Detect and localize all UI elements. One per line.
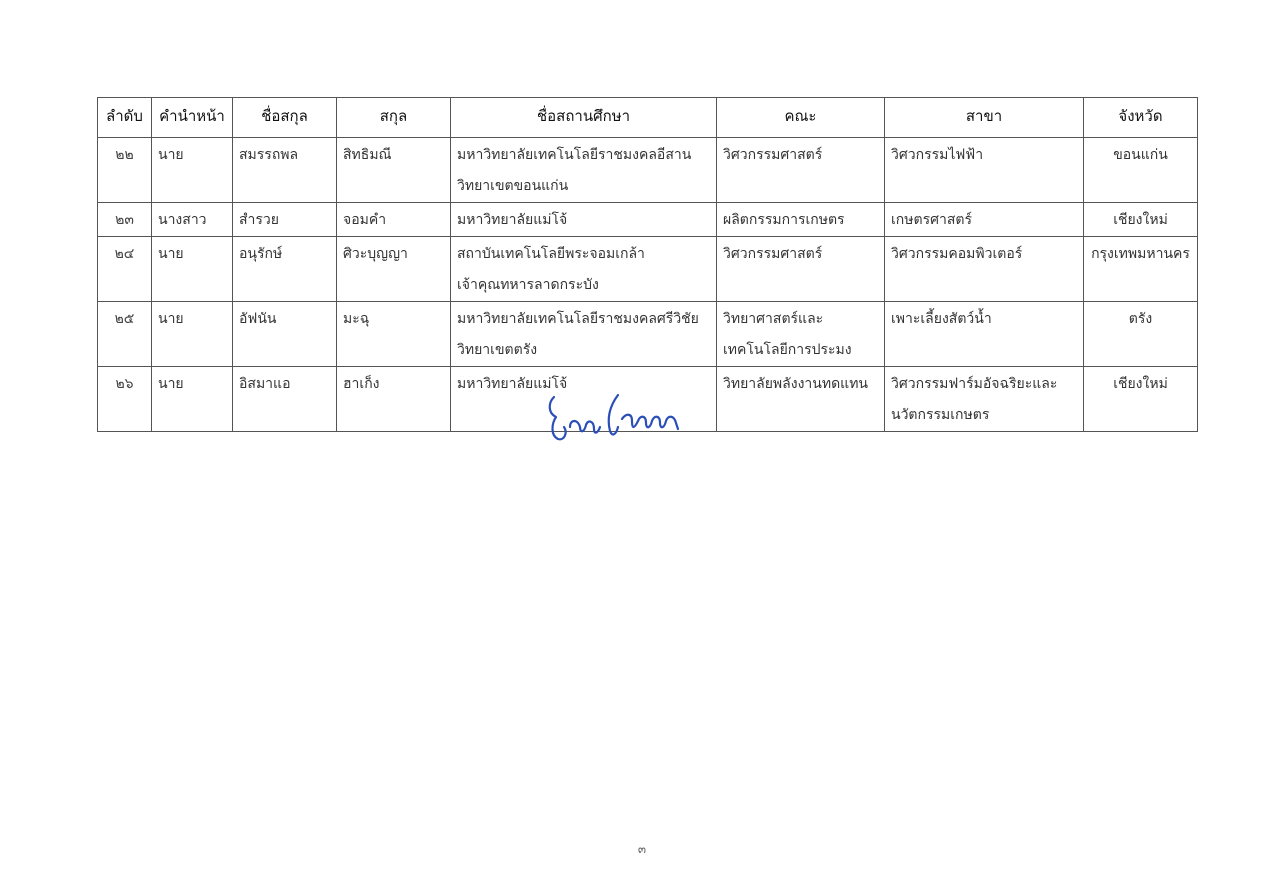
- cell-major: วิศวกรรมคอมพิวเตอร์: [885, 237, 1084, 302]
- cell-last-name: ฮาเก็ง: [337, 367, 451, 432]
- cell-province: ขอนแก่น: [1084, 138, 1198, 203]
- cell-first-name: อิสมาแอ: [233, 367, 337, 432]
- header-faculty: คณะ: [717, 98, 885, 138]
- cell-order: ๒๕: [98, 302, 152, 367]
- cell-institution: มหาวิทยาลัยแม่โจ้: [451, 203, 717, 237]
- cell-last-name: สิทธิมณี: [337, 138, 451, 203]
- major-line: วิศวกรรมคอมพิวเตอร์: [891, 239, 1077, 270]
- cell-prefix: นางสาว: [152, 203, 233, 237]
- cell-prefix: นาย: [152, 367, 233, 432]
- institution-line: เจ้าคุณทหารลาดกระบัง: [457, 270, 710, 301]
- table-row: ๒๔ นาย อนุรักษ์ ศิวะบุญญา สถาบันเทคโนโลย…: [98, 237, 1198, 302]
- header-province: จังหวัด: [1084, 98, 1198, 138]
- major-line: วิศวกรรมฟาร์มอัจฉริยะและ: [891, 369, 1077, 400]
- cell-order: ๒๔: [98, 237, 152, 302]
- cell-faculty: วิศวกรรมศาสตร์: [717, 237, 885, 302]
- cell-first-name: อนุรักษ์: [233, 237, 337, 302]
- cell-province: เชียงใหม่: [1084, 203, 1198, 237]
- header-last-name: สกุล: [337, 98, 451, 138]
- cell-faculty: ผลิตกรรมการเกษตร: [717, 203, 885, 237]
- table-row: ๒๓ นางสาว สำรวย จอมคำ มหาวิทยาลัยแม่โจ้ …: [98, 203, 1198, 237]
- faculty-line: วิศวกรรมศาสตร์: [723, 239, 878, 270]
- institution-line: วิทยาเขตขอนแก่น: [457, 171, 710, 202]
- cell-prefix: นาย: [152, 138, 233, 203]
- faculty-line: วิศวกรรมศาสตร์: [723, 140, 878, 171]
- cell-faculty: วิทยาลัยพลังงานทดแทน: [717, 367, 885, 432]
- faculty-line: เทคโนโลยีการประมง: [723, 335, 878, 366]
- header-major: สาขา: [885, 98, 1084, 138]
- institution-line: วิทยาเขตตรัง: [457, 335, 710, 366]
- handwritten-signature: [540, 383, 700, 453]
- cell-last-name: ศิวะบุญญา: [337, 237, 451, 302]
- cell-major: วิศวกรรมไฟฟ้า: [885, 138, 1084, 203]
- table-header-row: ลำดับ คำนำหน้า ชื่อสกุล สกุล ชื่อสถานศึก…: [98, 98, 1198, 138]
- cell-institution: สถาบันเทคโนโลยีพระจอมเกล้า เจ้าคุณทหารลา…: [451, 237, 717, 302]
- institution-line: มหาวิทยาลัยเทคโนโลยีราชมงคลศรีวิชัย: [457, 304, 710, 335]
- faculty-line: วิทยาศาสตร์และ: [723, 304, 878, 335]
- page-number: ๓: [630, 840, 654, 859]
- cell-province: เชียงใหม่: [1084, 367, 1198, 432]
- cell-last-name: มะฉุ: [337, 302, 451, 367]
- cell-institution: มหาวิทยาลัยเทคโนโลยีราชมงคลอีสาน วิทยาเข…: [451, 138, 717, 203]
- cell-faculty: วิศวกรรมศาสตร์: [717, 138, 885, 203]
- cell-first-name: สมรรถพล: [233, 138, 337, 203]
- faculty-line: ผลิตกรรมการเกษตร: [723, 205, 878, 236]
- cell-major: เพาะเลี้ยงสัตว์น้ำ: [885, 302, 1084, 367]
- cell-major: เกษตรศาสตร์: [885, 203, 1084, 237]
- table-row: ๒๕ นาย อัฟนัน มะฉุ มหาวิทยาลัยเทคโนโลยีร…: [98, 302, 1198, 367]
- cell-institution: มหาวิทยาลัยเทคโนโลยีราชมงคลศรีวิชัย วิทย…: [451, 302, 717, 367]
- institution-line: มหาวิทยาลัยเทคโนโลยีราชมงคลอีสาน: [457, 140, 710, 171]
- table-row: ๒๒ นาย สมรรถพล สิทธิมณี มหาวิทยาลัยเทคโน…: [98, 138, 1198, 203]
- student-list-table: ลำดับ คำนำหน้า ชื่อสกุล สกุล ชื่อสถานศึก…: [97, 97, 1198, 432]
- institution-line: สถาบันเทคโนโลยีพระจอมเกล้า: [457, 239, 710, 270]
- major-line: เพาะเลี้ยงสัตว์น้ำ: [891, 304, 1077, 335]
- major-line: นวัตกรรมเกษตร: [891, 400, 1077, 431]
- major-line: วิศวกรรมไฟฟ้า: [891, 140, 1077, 171]
- cell-province: ตรัง: [1084, 302, 1198, 367]
- cell-prefix: นาย: [152, 237, 233, 302]
- cell-faculty: วิทยาศาสตร์และ เทคโนโลยีการประมง: [717, 302, 885, 367]
- major-line: เกษตรศาสตร์: [891, 205, 1077, 236]
- header-order: ลำดับ: [98, 98, 152, 138]
- header-institution: ชื่อสถานศึกษา: [451, 98, 717, 138]
- cell-prefix: นาย: [152, 302, 233, 367]
- faculty-line: วิทยาลัยพลังงานทดแทน: [723, 369, 878, 400]
- cell-last-name: จอมคำ: [337, 203, 451, 237]
- cell-first-name: สำรวย: [233, 203, 337, 237]
- cell-order: ๒๒: [98, 138, 152, 203]
- cell-order: ๒๖: [98, 367, 152, 432]
- cell-province: กรุงเทพมหานคร: [1084, 237, 1198, 302]
- header-first-name: ชื่อสกุล: [233, 98, 337, 138]
- cell-major: วิศวกรรมฟาร์มอัจฉริยะและ นวัตกรรมเกษตร: [885, 367, 1084, 432]
- cell-order: ๒๓: [98, 203, 152, 237]
- institution-line: มหาวิทยาลัยแม่โจ้: [457, 205, 710, 236]
- cell-first-name: อัฟนัน: [233, 302, 337, 367]
- header-prefix: คำนำหน้า: [152, 98, 233, 138]
